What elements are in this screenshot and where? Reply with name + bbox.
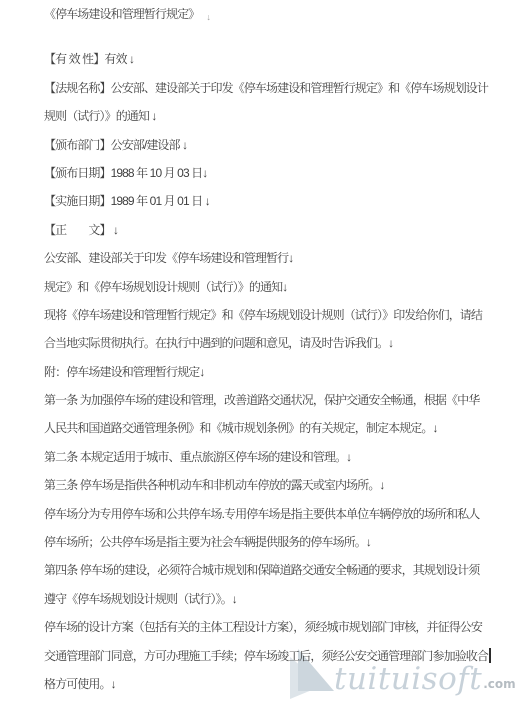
doc-line-effectiveness: 【有 效 性】有效 ↓ (44, 45, 480, 73)
doc-line-design-plan-1: 停车场的设计方案（包括有关的主体工程设计方案），须经城市规划部门审核，并征得公安 (44, 613, 480, 641)
doc-line-notice-body-1: 现将《停车场建设和管理暂行规定》和《停车场规划设计规则（试行）》印发给你们，请结 (44, 301, 480, 329)
doc-line-article-2: 第二条 本规定适用于城市、重点旅游区停车场的建设和管理。↓ (44, 443, 480, 471)
doc-line-notice-title-2: 规定》和《停车场规划设计规则（试行）》的通知↓ (44, 273, 480, 301)
doc-line-article-3b2: 停车场所；公共停车场是指主要为社会车辆提供服务的停车场所。↓ (44, 528, 480, 556)
doc-line-article-4b: 遵守《停车场规划设计规则（试行）》。↓ (44, 585, 480, 613)
doc-line-design-plan-3: 格方可使用。↓ (44, 670, 480, 698)
document-text-area[interactable]: 《停车场建设和管理暂行规定》↓ 【有 效 性】有效 ↓ 【法规名称】公安部、建设… (44, 0, 480, 698)
doc-line-effective-date: 【实施日期】1989 年 01 月 01 日 ↓ (44, 187, 480, 215)
doc-line-issue-date: 【颁布日期】1988 年 10 月 03 日↓ (44, 159, 480, 187)
doc-line-issuing-department: 【颁布部门】公安部/建设部 ↓ (44, 131, 480, 159)
doc-line-attachment-header: 附：停车场建设和管理暂行规定↓ (44, 358, 480, 386)
doc-line-article-1a: 第一条 为加强停车场的建设和管理，改善道路交通状况，保护交通安全畅通，根据《中华 (44, 386, 480, 414)
doc-line-regulation-name-2: 规则（试行）》的通知 ↓ (44, 102, 480, 130)
doc-line-notice-body-2: 合当地实际贯彻执行。在执行中遇到的问题和意见，请及时告诉我们。↓ (44, 329, 480, 357)
doc-line-article-3b1: 停车场分为专用停车场和公共停车场.专用停车场是指主要供本单位车辆停放的场所和私人 (44, 500, 480, 528)
doc-line-article-1b: 人民共和国道路交通管理条例》和《城市规划条例》的有关规定，制定本规定。↓ (44, 414, 480, 442)
watermark-domain-suffix: .com (483, 677, 515, 705)
doc-line-article-4a: 第四条 停车场的建设，必须符合城市规划和保障道路交通安全畅通的要求，其规划设计须 (44, 556, 480, 584)
doc-line-design-plan-2: 交通管理部门同意，方可办理施工手续；停车场竣工后，须经公安交通管理部门参加验收合 (44, 642, 480, 670)
document-title-line: 《停车场建设和管理暂行规定》↓ (44, 0, 480, 28)
doc-line-article-3: 第三条 停车场是指供各种机动车和非机动车停放的露天或室内场所。↓ (44, 471, 480, 499)
doc-line-main-text-header: 【正 文】 ↓ (44, 216, 480, 244)
text-cursor (489, 648, 491, 663)
paragraph-mark-icon: ↓ (206, 12, 211, 22)
doc-line-notice-title-1: 公安部、建设部关于印发《停车场建设和管理暂行↓ (44, 244, 480, 272)
doc-line-regulation-name-1: 【法规名称】公安部、建设部关于印发《停车场建设和管理暂行规定》和《停车场规划设计 (44, 74, 480, 102)
document-title: 《停车场建设和管理暂行规定》 (44, 7, 199, 21)
